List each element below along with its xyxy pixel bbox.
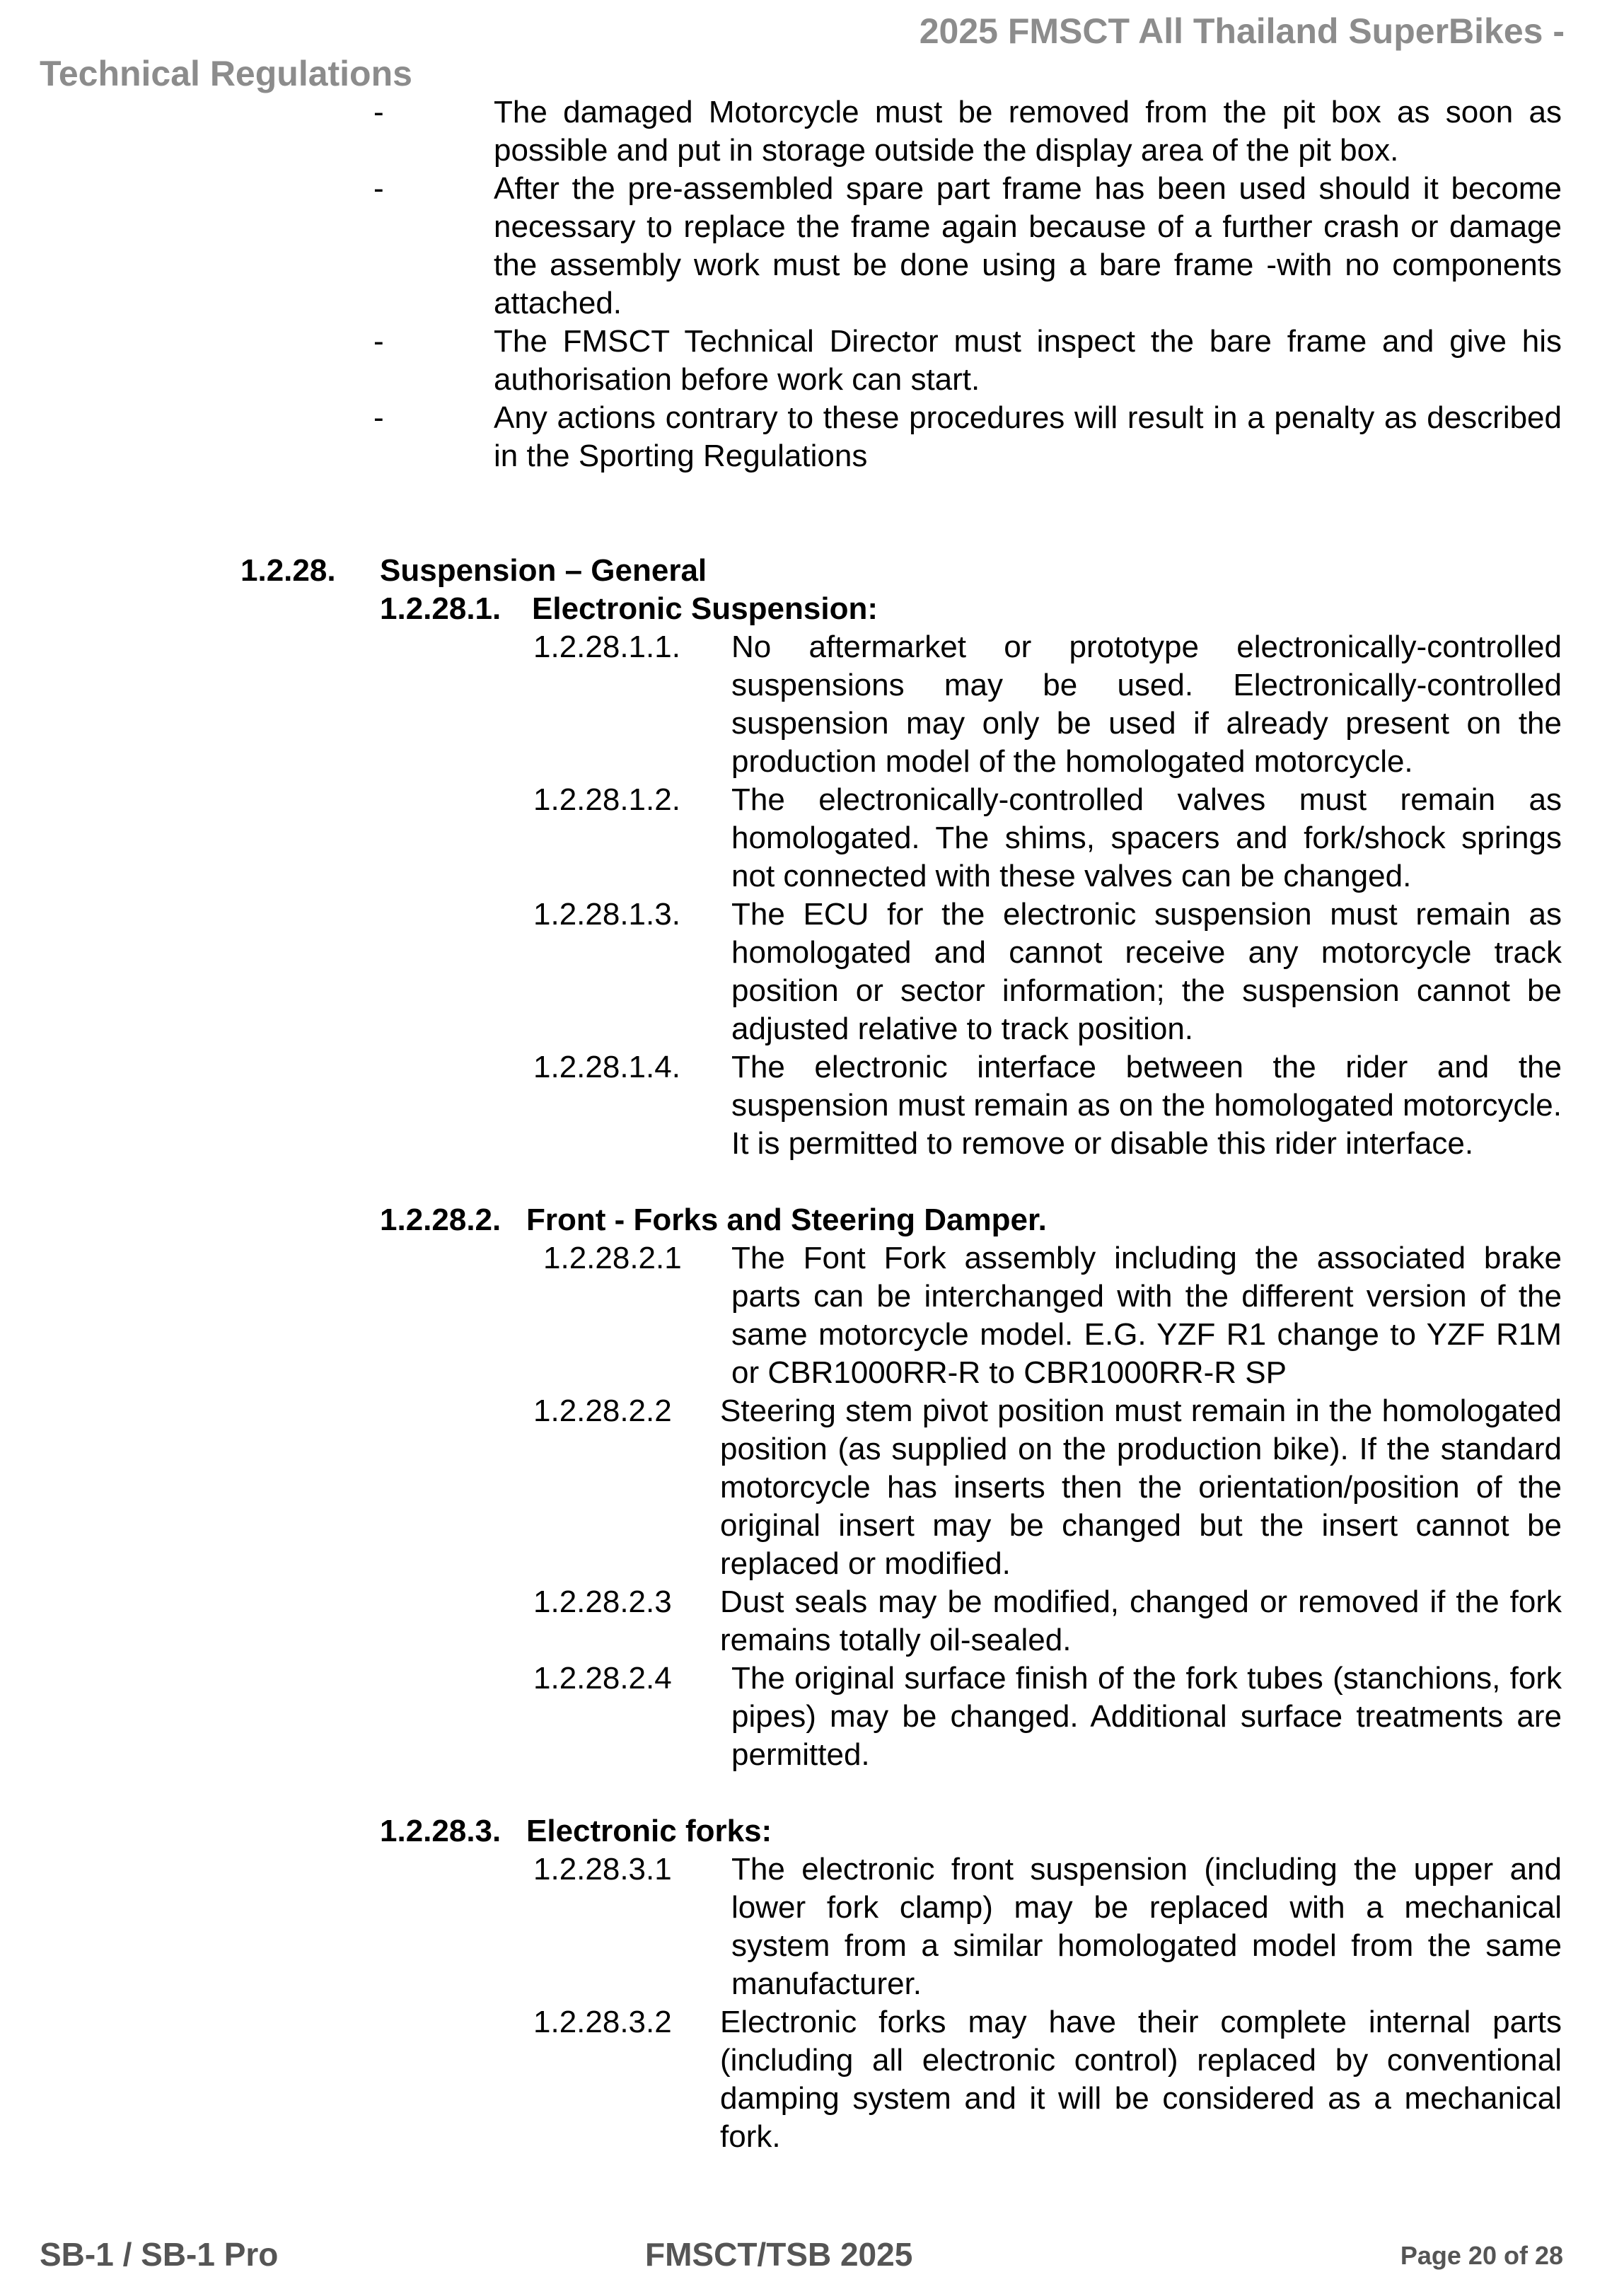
header-title: 2025 FMSCT All Thailand SuperBikes - [920,10,1565,52]
clause: 1.2.28.1.3. The ECU for the electronic s… [0,896,1624,1048]
subsection-number: 1.2.28.2. [380,1201,501,1239]
subsection-title: Electronic Suspension: [532,590,878,628]
clause: 1.2.28.2.1 The Font Fork assembly includ… [0,1239,1624,1392]
footer-class-label: SB-1 / SB-1 Pro [40,2235,278,2273]
header-subtitle: Technical Regulations [40,52,412,95]
section-number: 1.2.28. [240,552,336,590]
clause-number: 1.2.28.2.4 [533,1659,672,1698]
list-item: - Any actions contrary to these procedur… [0,399,1624,475]
clause: 1.2.28.1.2. The electronically-controlle… [0,781,1624,896]
bullet-text: After the pre-assembled spare part frame… [494,170,1562,323]
bullet-text: The damaged Motorcycle must be removed f… [494,93,1562,170]
clause-number: 1.2.28.3.1 [533,1850,672,1889]
clause-text: The electronically-controlled valves mus… [731,781,1562,896]
clause-number: 1.2.28.3.2 [533,2003,672,2041]
list-item: - After the pre-assembled spare part fra… [0,170,1624,323]
clause-number: 1.2.28.2.2 [533,1392,672,1430]
clause: 1.2.28.1.1. No aftermarket or prototype … [0,628,1624,781]
bullet-text: Any actions contrary to these procedures… [494,399,1562,475]
clause-text: The original surface finish of the fork … [731,1659,1562,1774]
clause: 1.2.28.1.4. The electronic interface bet… [0,1048,1624,1163]
subsection-heading: 1.2.28.2. Front - Forks and Steering Dam… [0,1201,1624,1239]
clause: 1.2.28.2.4 The original surface finish o… [0,1659,1624,1774]
list-item: - The damaged Motorcycle must be removed… [0,93,1624,170]
bullet-dash: - [373,323,384,361]
clause: 1.2.28.2.2 Steering stem pivot position … [0,1392,1624,1583]
clause-text: No aftermarket or prototype electronical… [731,628,1562,781]
clause-text: The electronic interface between the rid… [731,1048,1562,1163]
clause: 1.2.28.3.1 The electronic front suspensi… [0,1850,1624,2003]
clause-text: The electronic front suspension (includi… [731,1850,1562,2003]
section-title: Suspension – General [380,552,707,590]
clause-number: 1.2.28.2.1 [543,1239,682,1277]
clause-text: The ECU for the electronic suspension mu… [731,896,1562,1048]
subsection-number: 1.2.28.1. [380,590,501,628]
clause-text: Steering stem pivot position must remain… [720,1392,1562,1583]
subsection-title: Electronic forks: [526,1812,772,1850]
page-body: - The damaged Motorcycle must be removed… [0,93,1624,2156]
clause-number: 1.2.28.1.3. [533,896,680,934]
subsection-heading: 1.2.28.3. Electronic forks: [0,1812,1624,1850]
subsection-number: 1.2.28.3. [380,1812,501,1850]
clause-number: 1.2.28.1.4. [533,1048,680,1087]
clause-number: 1.2.28.1.2. [533,781,680,819]
bullet-dash: - [373,93,384,132]
subsection-title: Front - Forks and Steering Damper. [526,1201,1047,1239]
clause: 1.2.28.2.3 Dust seals may be modified, c… [0,1583,1624,1659]
bullet-text: The FMSCT Technical Director must inspec… [494,323,1562,399]
clause-number: 1.2.28.1.1. [533,628,680,666]
footer-doc-code: FMSCT/TSB 2025 [645,2235,912,2273]
clause-number: 1.2.28.2.3 [533,1583,672,1621]
bullet-dash: - [373,170,384,208]
list-item: - The FMSCT Technical Director must insp… [0,323,1624,399]
bullet-dash: - [373,399,384,437]
clause: 1.2.28.3.2 Electronic forks may have the… [0,2003,1624,2156]
clause-text: Dust seals may be modified, changed or r… [720,1583,1562,1659]
clause-text: The Font Fork assembly including the ass… [731,1239,1562,1392]
section-heading: 1.2.28. Suspension – General [0,552,1624,590]
subsection-heading: 1.2.28.1. Electronic Suspension: [0,590,1624,628]
page-number: Page 20 of 28 [1400,2241,1563,2271]
clause-text: Electronic forks may have their complete… [720,2003,1562,2156]
